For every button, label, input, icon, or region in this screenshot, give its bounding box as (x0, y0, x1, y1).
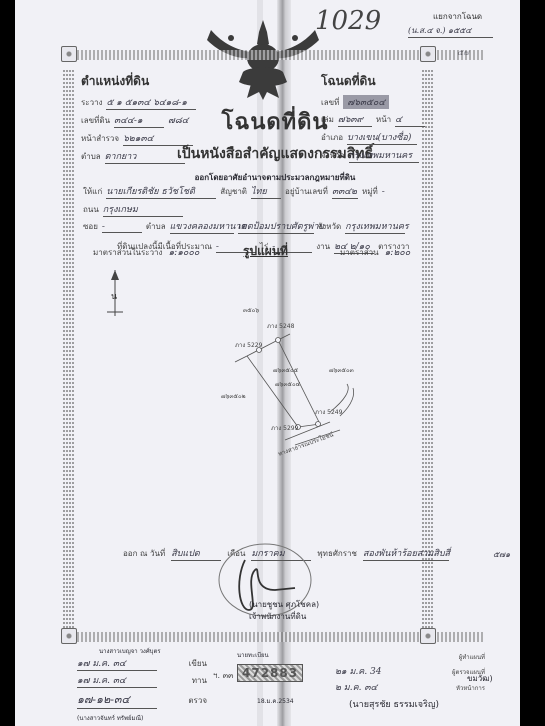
split-from-note: แยกจากโฉนด (433, 10, 482, 23)
deed-number-value: ๗๖๓๕๐๔ (343, 95, 389, 109)
tambon-label: ตำบล (81, 150, 101, 163)
map-scale-left: มาตราส่วนในระวาง ๑:๑๐๐๐ (93, 245, 199, 259)
checked-label: ตรวจ (188, 694, 207, 707)
issued-by-authority: ออกโดยอาศัยอำนาจตามประมวลกฎหมายที่ดิน (165, 171, 385, 184)
map-scale-left-value: ๑:๑๐๐๐ (168, 245, 199, 259)
road-label: ถนน (83, 203, 99, 216)
map-scale-right-value: ๑:๒๐๐ (385, 245, 411, 259)
chief-name: (นายสุรชัย ธรรมเจริญ) (335, 697, 485, 711)
house-no-label: อยู่บ้านเลขที่ (285, 185, 328, 198)
moo-label: หมู่ที่ (362, 185, 378, 198)
land-no-value: ๓๔๔-๑ (114, 113, 164, 128)
moo-value: - (382, 187, 385, 197)
survey-page-label: หน้าสำรวจ (81, 132, 119, 145)
border-corner-ornament (61, 46, 77, 62)
serial-number: 472883 (237, 664, 303, 682)
parcel-label: ๗๖๓๕๐๔ (275, 381, 301, 388)
reviewed-label: ทาน (192, 674, 207, 687)
parcel-map-sketch: ๓๕๐๖ ๗๖๓๕๐๕ ๗๖๓๕๐๓ ๗๖๓๕๐๔ ๗๖๓๕๐๒ ภาง 522… (155, 290, 415, 470)
map-scale-left-label: มาตราส่วนในระวาง (93, 246, 162, 259)
owner-name: นายเกียรติชัย ธวัชโชติ (106, 184, 216, 199)
house-no-value: ๓๓๔๒ (332, 184, 358, 199)
marker-label: ภาง 5249 (315, 409, 343, 416)
nationality-label: สัญชาติ (220, 185, 247, 198)
form-code: ฯ. ๓๓ (213, 669, 234, 682)
given-to-label: ให้แก่ (83, 185, 102, 198)
written-label: เขียน (189, 657, 207, 670)
map-scale-right: มาตราส่วน ๑:๒๐๐ (340, 245, 410, 259)
written-date: ๑๗ ม.ค. ๓๔ (77, 656, 157, 671)
land-no-label: เลขที่ดิน (81, 114, 110, 127)
rawang-label: ระวาง (81, 96, 102, 109)
nationality-value: ไทย (251, 184, 281, 199)
chief-date: ๒ ม.ค. ๓๔ (335, 680, 377, 694)
owner-province-label: จังหวัด (318, 220, 342, 233)
decorative-border-left (63, 68, 75, 628)
province-label: จังหวัด (321, 149, 345, 162)
land-title-deed-scan: 1029 แยกจากโฉนด (น.ส.๔ จ.) ๑๕๕๔ ๕๗ ตำแหน… (15, 0, 520, 726)
map-title: รูปแผนที่ (243, 242, 288, 261)
book-label: เล่ม (321, 113, 334, 126)
footer-right-extra: ขมวัฒ) (467, 672, 493, 685)
deed-number-label: เลขที่ (321, 96, 339, 109)
map-check-date: ๒๑ ม.ค. 34 (335, 664, 382, 678)
issued-year: สองพันห้าร้อยสามสิบสี่ (363, 546, 449, 561)
issued-day: สิบแปด (171, 546, 221, 561)
amphoe-value: บางเขน(บางซื่อ) (347, 130, 417, 145)
map-scale-right-label: มาตราส่วน (340, 246, 379, 259)
reviewed-date: ๑๗ ม.ค. ๓๔ (77, 673, 157, 688)
footer-left-block: นางสาวเบญจา วงศ์บุตร ๑๗ ม.ค. ๓๔ เขียน ๑๗… (77, 646, 207, 723)
footer-date: 18.ม.ค.2534 (257, 696, 294, 706)
public-road-label: ทางสาธารณประโยชน์ (277, 430, 335, 457)
footer-left-name: (นางสาวจันทร์ ทรัพย์มณี) (77, 713, 207, 723)
north-label: น (111, 289, 117, 303)
deed-number-title: โฉนดที่ดิน (321, 72, 425, 91)
border-corner-ornament (420, 46, 436, 62)
border-corner-ornament (420, 628, 436, 644)
issued-label: ออก ณ วันที่ (123, 547, 165, 560)
province-value: กรุงเทพมหานคร (349, 148, 419, 163)
parcel-label: ๗๖๓๕๐๓ (329, 367, 354, 374)
footer-right-block: ผู้ทำแผนที่ ๒๑ ม.ค. 34 ผู้ตรวจแผนที่ ๒ ม… (335, 652, 485, 711)
side-number: ๕๗๑ (493, 548, 510, 561)
soi-value: - (102, 222, 142, 233)
split-from-ref: (น.ส.๔ จ.) ๑๕๕๔ (408, 24, 493, 38)
amphoe-label: อำเภอ (321, 131, 343, 144)
checked-date: ๑๗-๑๒-๓๔ (77, 690, 157, 709)
issued-year-label: พุทธศักราช (317, 547, 357, 560)
page-label: หน้า (376, 113, 391, 126)
border-corner-ornament (61, 628, 77, 644)
marker-label: ภาง 5248 (267, 323, 295, 330)
land-location-title: ตำแหน่งที่ดิน (81, 72, 196, 91)
marker-label: ภาง 5299 (271, 425, 299, 432)
page-value: ๔ (395, 112, 425, 127)
parcel-label: ๗๖๓๕๐๒ (221, 393, 246, 400)
official-title: เจ้าพนักงานที่ดิน (249, 610, 306, 623)
handwritten-number: 1029 (315, 6, 381, 36)
marker-label: ภาง 5229 (235, 342, 263, 349)
subdistrict-label: ตำบล (146, 220, 166, 233)
footer-left-note: นางสาวเบญจา วงศ์บุตร (77, 646, 207, 656)
owner-province-value: กรุงเทพมหานคร (345, 219, 405, 234)
road-value: กรุงเกษม (103, 202, 183, 217)
soi-label: ซอย (83, 220, 98, 233)
parcel-label: ๗๖๓๕๐๕ (273, 367, 299, 374)
registrar-label: นายทะเบียน (237, 650, 269, 660)
deed-number-block: โฉนดที่ดิน เลขที่ ๗๖๓๕๐๔ เล่ม ๗๖๓๙ หน้า … (321, 72, 425, 163)
area-ngan-label: งาน (316, 240, 330, 253)
district-value: เขตป้อมปราบศัตรูพ่าย (238, 219, 314, 234)
book-value: ๗๖๓๙ (338, 112, 372, 127)
subdistrict-value: แขวงคลองมหานาค (170, 219, 234, 234)
map-maker-label: ผู้ทำแผนที่ (459, 652, 485, 662)
parcel-label: ๓๕๐๖ (243, 307, 259, 314)
